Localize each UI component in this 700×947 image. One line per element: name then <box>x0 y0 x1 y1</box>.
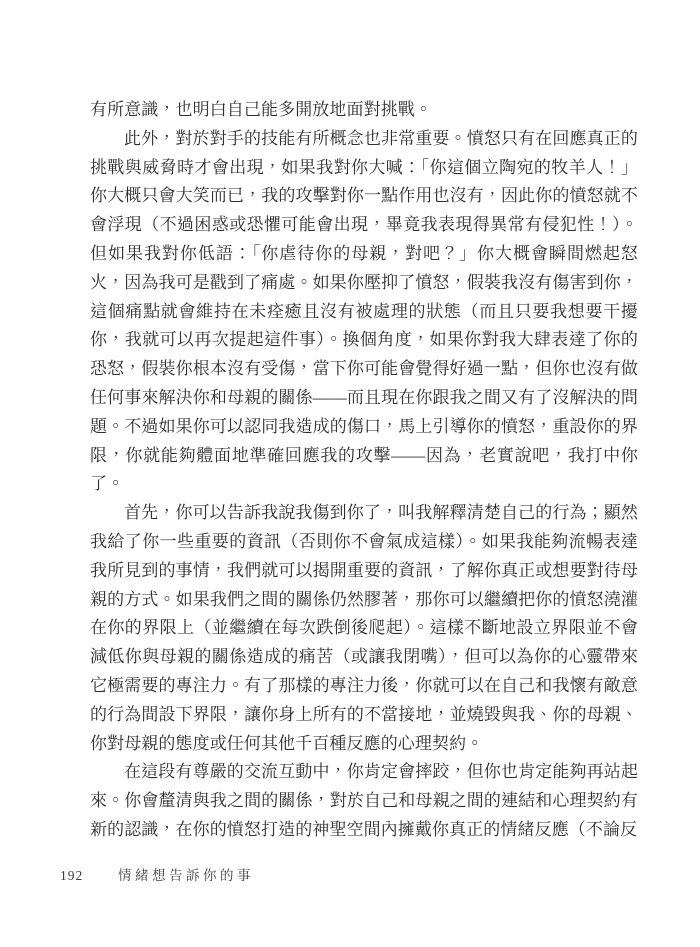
book-page: 有所意識，也明白自己能多開放地面對挑戰。 此外，對於對手的技能有所概念也非常重要… <box>0 0 700 947</box>
running-title: 情緒想告訴你的事 <box>118 864 254 884</box>
body-paragraph: 此外，對於對手的技能有所概念也非常重要。憤怒只有在回應真正的挑戰與威脅時才會出現… <box>90 125 638 499</box>
body-paragraph: 有所意識，也明白自己能多開放地面對挑戰。 <box>90 96 638 125</box>
body-paragraph: 在這段有尊嚴的交流互動中，你肯定會摔跤，但你也肯定能夠再站起來。你會釐清與我之間… <box>90 758 638 844</box>
body-text: 有所意識，也明白自己能多開放地面對挑戰。 此外，對於對手的技能有所概念也非常重要… <box>90 96 638 845</box>
page-footer: 192 情緒想告訴你的事 <box>60 864 254 884</box>
body-paragraph: 首先，你可以告訴我說我傷到你了，叫我解釋清楚自己的行為；顯然我給了你一些重要的資… <box>90 499 638 758</box>
page-number: 192 <box>60 868 100 884</box>
